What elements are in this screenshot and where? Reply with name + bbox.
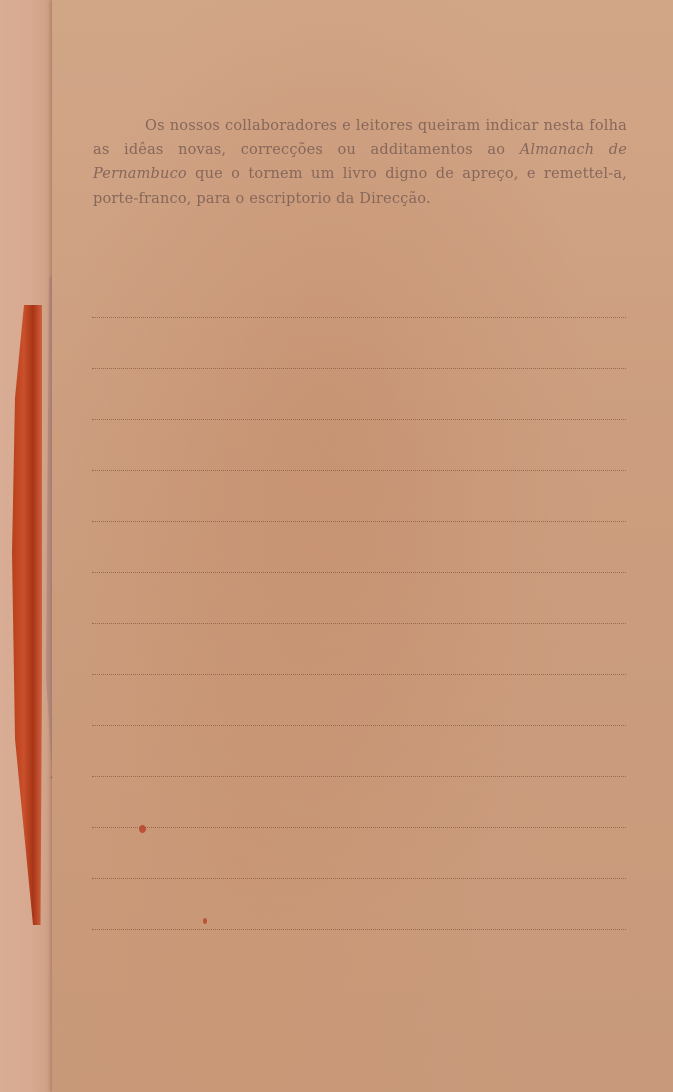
ruled-line xyxy=(92,521,626,522)
ruled-line xyxy=(92,623,626,624)
ruled-line xyxy=(92,419,626,420)
red-ink-spot xyxy=(139,825,146,833)
ruled-line xyxy=(92,827,626,828)
ruled-line xyxy=(92,368,626,369)
ruled-line xyxy=(92,674,626,675)
ruled-line xyxy=(92,317,626,318)
ruled-line xyxy=(92,878,626,879)
ruled-lines xyxy=(92,0,626,1092)
ruled-line xyxy=(92,572,626,573)
ruled-line xyxy=(92,776,626,777)
ruled-line xyxy=(92,725,626,726)
red-ink-spot xyxy=(203,918,207,924)
ruled-line xyxy=(92,470,626,471)
ruled-line xyxy=(92,929,626,930)
